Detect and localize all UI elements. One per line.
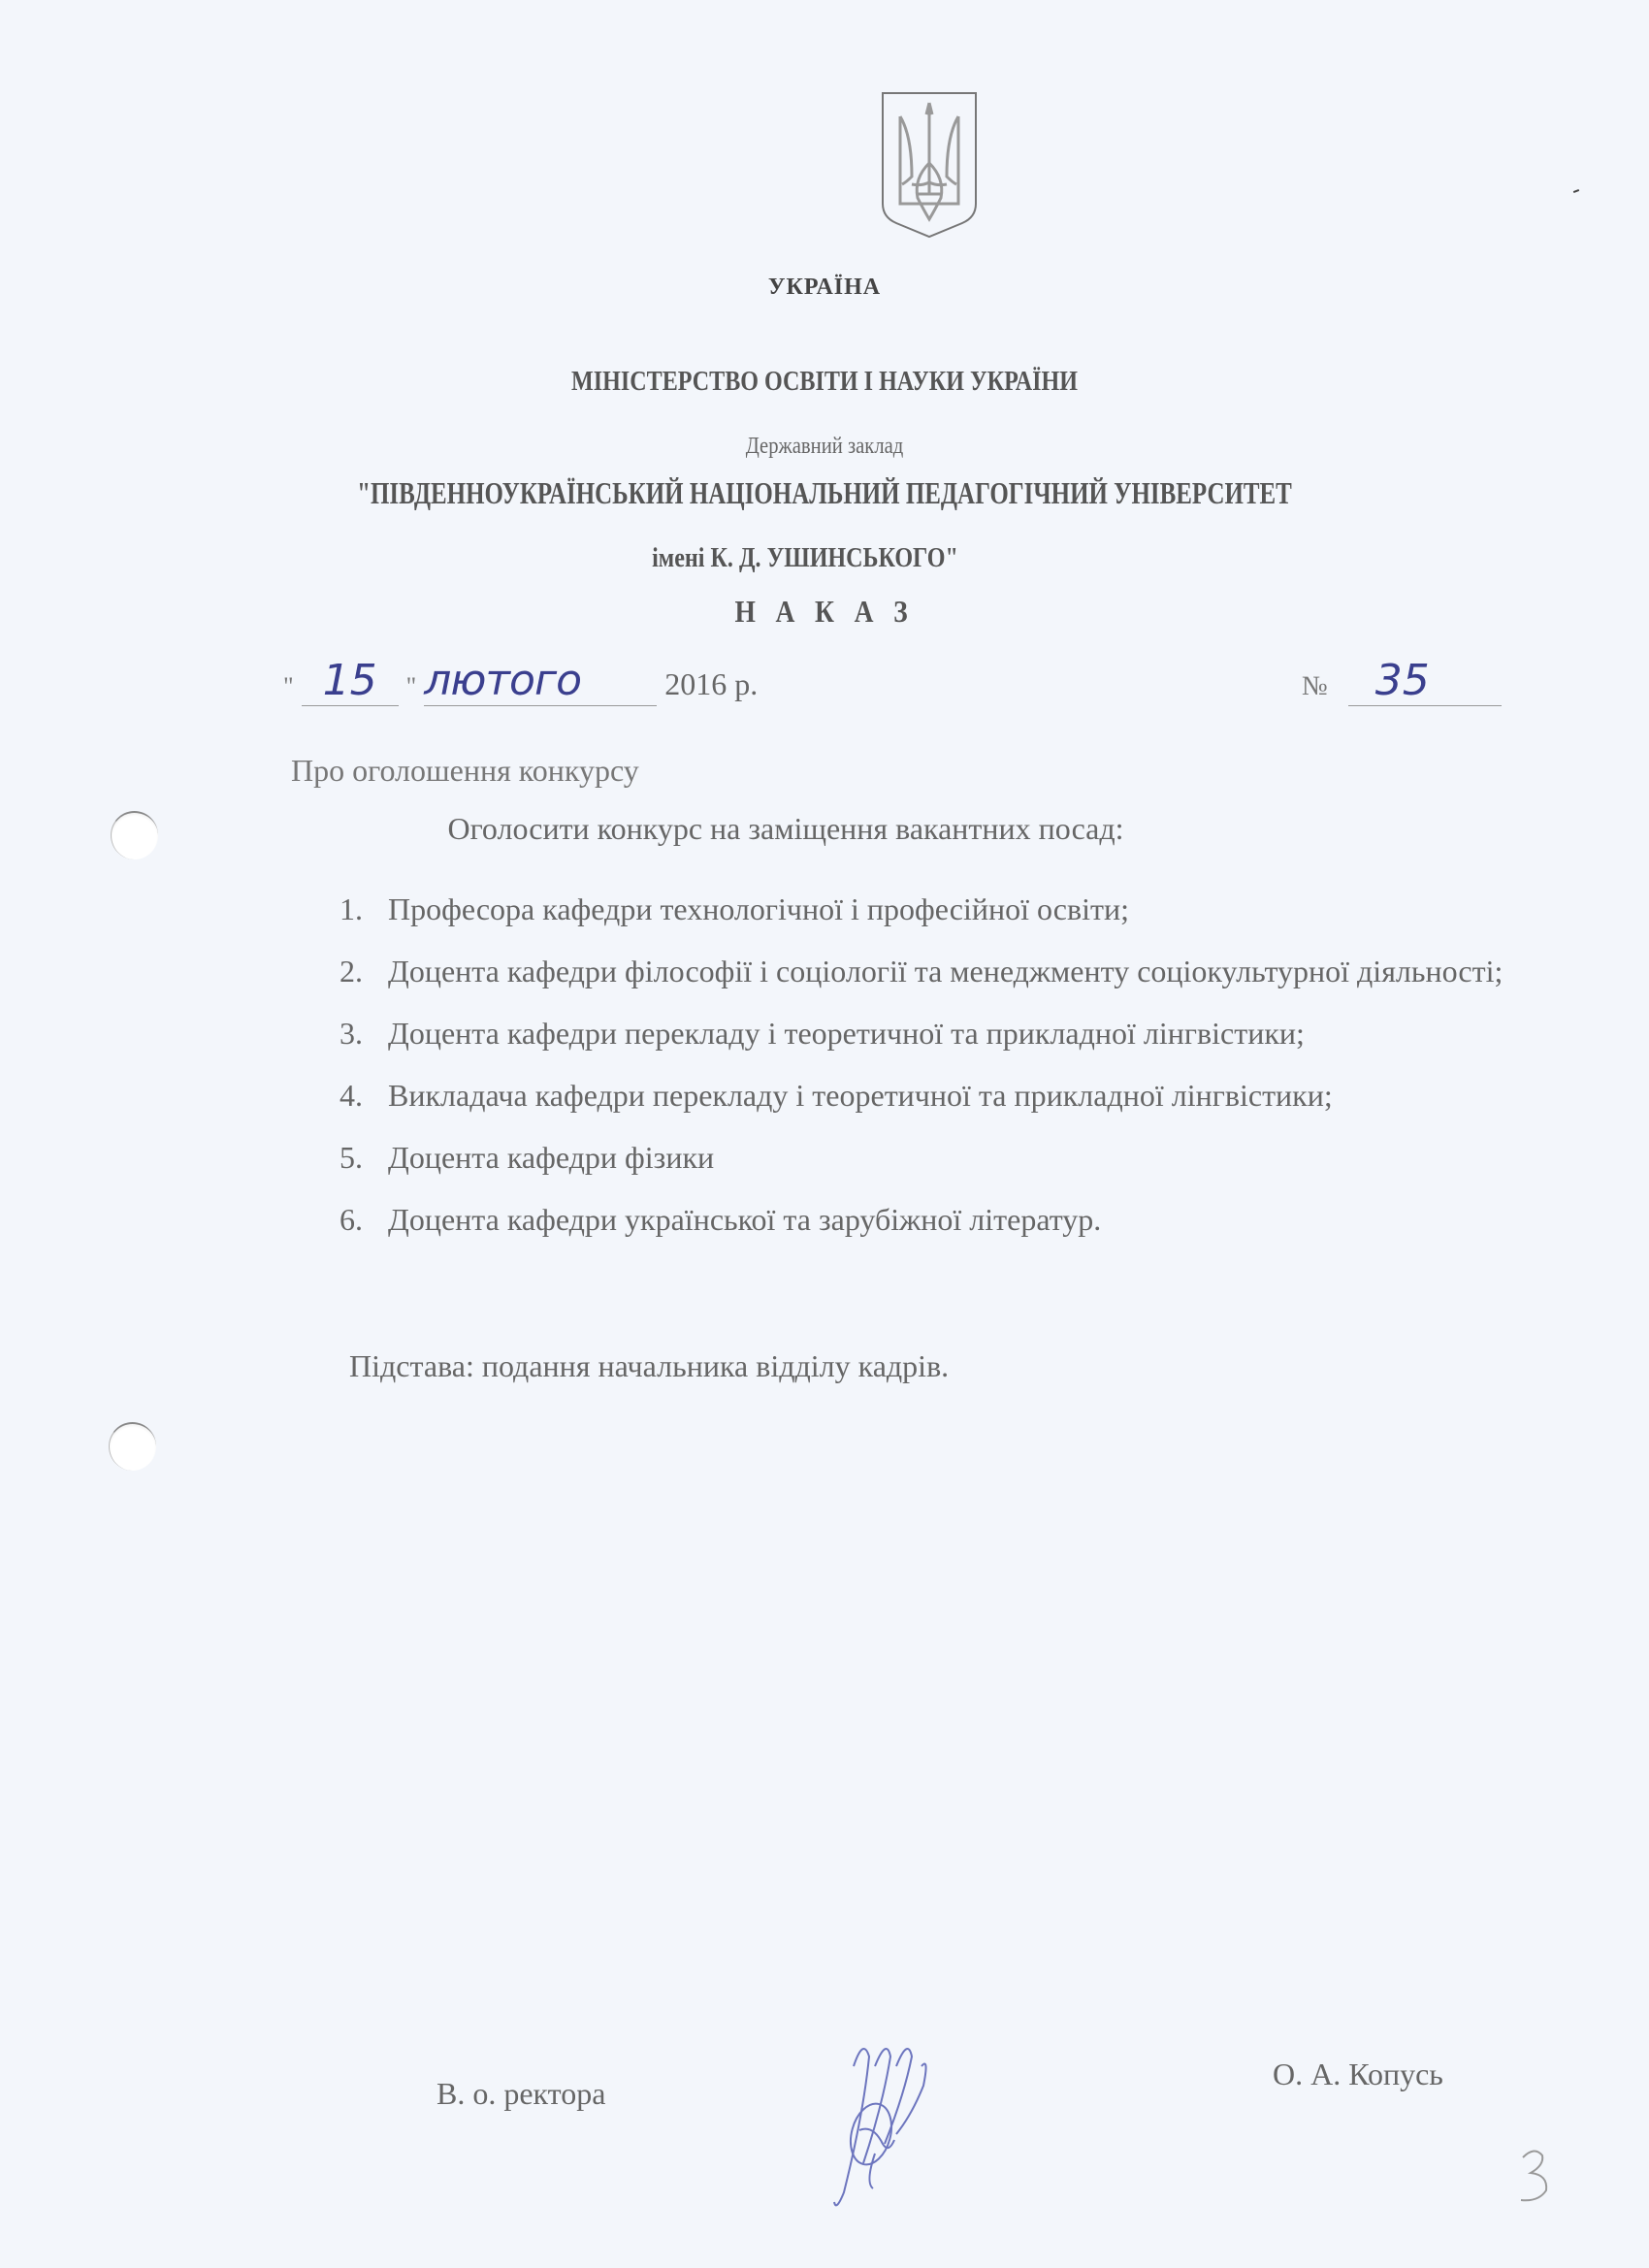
date-close-quote: " [406,672,417,700]
order-subject: Про оголошення конкурсу [291,753,639,789]
date-day-handwritten: 15 [302,656,399,706]
list-item: 5.Доцента кафедри фізики [339,1126,1591,1188]
coat-of-arms-icon [879,89,980,239]
order-number: № 35 [1302,656,1502,706]
date-month-handwritten: лютого [424,656,657,706]
scan-speck [1573,189,1579,193]
date-open-quote: " [283,672,294,700]
institution-type: Державний заклад [115,434,1534,460]
list-item: 3.Доцента кафедри перекладу і теоретично… [339,1002,1591,1064]
university-name-line2: імені К. Д. УШИНСЬКОГО" [96,543,1514,574]
positions-list: 1.Професора кафедри технологічної і проф… [339,878,1591,1250]
signatory-name: О. А. Копусь [1273,2057,1443,2092]
ministry-name: МІНІСТЕРСТВО ОСВІТИ І НАУКИ УКРАЇНИ [115,367,1534,398]
order-title: Н А К А З [115,594,1534,630]
number-label: № [1302,671,1328,701]
list-item: 1.Професора кафедри технологічної і проф… [339,878,1591,940]
order-date: " 15 " лютого 2016 р. [283,656,758,706]
number-handwritten: 35 [1348,656,1502,706]
signature-icon [815,2027,970,2221]
university-name-line1: "ПІВДЕННОУКРАЇНСЬКИЙ НАЦІОНАЛЬНИЙ ПЕДАГО… [181,475,1468,511]
date-year: 2016 р. [664,666,758,701]
list-item: 2.Доцента кафедри філософії і соціології… [339,940,1591,1002]
country-name: УКРАЇНА [0,275,1649,301]
list-item: 4.Викладача кафедри перекладу і теоретич… [339,1064,1591,1126]
order-intro: Оголосити конкурс на заміщення вакантних… [0,811,1571,847]
punch-hole [109,1422,156,1471]
list-item: 6.Доцента кафедри української та зарубіж… [339,1188,1591,1250]
handwritten-page-number [1509,2144,1558,2212]
order-basis: Підстава: подання начальника відділу кад… [349,1348,949,1384]
signatory-position: В. о. ректора [436,2076,605,2112]
